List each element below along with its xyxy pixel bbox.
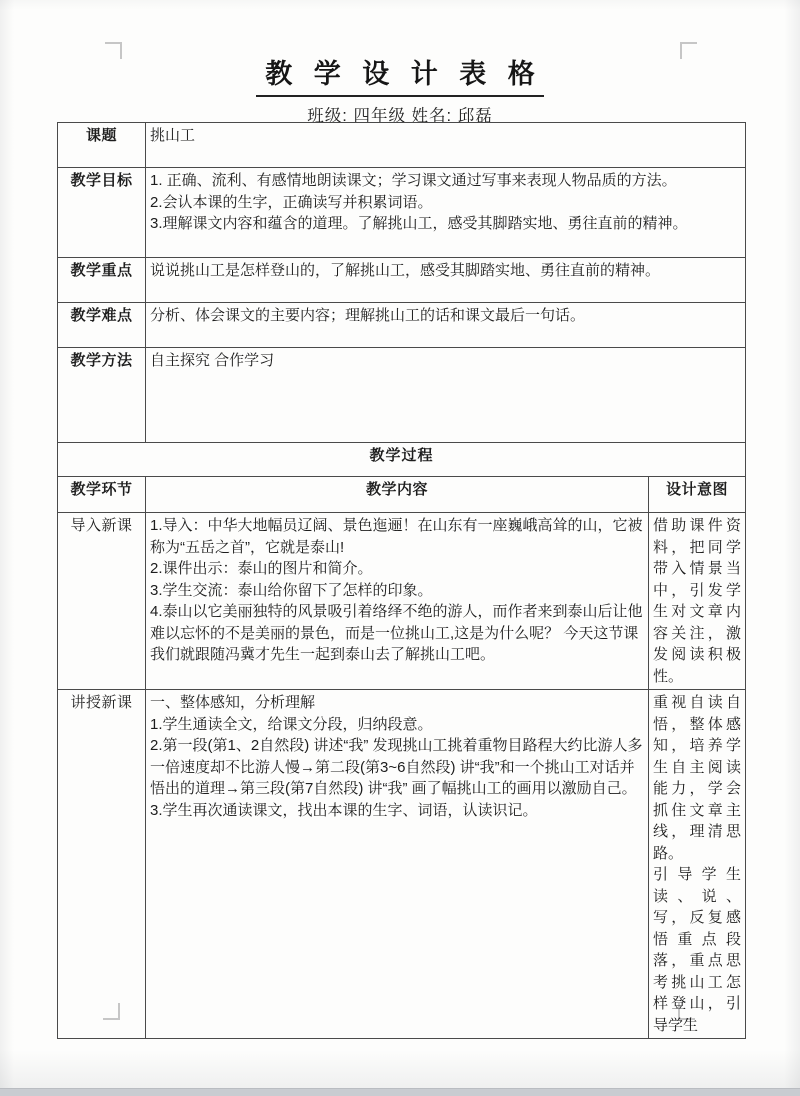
table-row-column-headers: 教学环节 教学内容 设计意图 bbox=[58, 477, 746, 513]
table-row-difficulties: 教学难点 分析、体会课文的主要内容；理解挑山工的话和课文最后一句话。 bbox=[58, 303, 746, 348]
intro-content: 1.导入：中华大地幅员辽阔、景色迤逦！在山东有一座巍峨高耸的山，它被称为“五岳之… bbox=[146, 513, 649, 690]
table-row-key-points: 教学重点 说说挑山工是怎样登山的，了解挑山工，感受其脚踏实地、勇往直前的精神。 bbox=[58, 258, 746, 303]
key-points-value: 说说挑山工是怎样登山的，了解挑山工，感受其脚踏实地、勇往直前的精神。 bbox=[146, 258, 746, 303]
objectives-label: 教学目标 bbox=[58, 168, 146, 258]
teach-stage-label: 讲授新课 bbox=[58, 690, 146, 1039]
column-header-intent: 设计意图 bbox=[649, 477, 746, 513]
methods-value: 自主探究 合作学习 bbox=[146, 348, 746, 443]
intro-stage-label: 导入新课 bbox=[58, 513, 146, 690]
key-points-label: 教学重点 bbox=[58, 258, 146, 303]
lesson-plan-table: 课题 挑山工 教学目标 1. 正确、流利、有感情地朗读课文；学习课文通过写事来表… bbox=[57, 122, 746, 1039]
table-row-objectives: 教学目标 1. 正确、流利、有感情地朗读课文；学习课文通过写事来表现人物品质的方… bbox=[58, 168, 746, 258]
column-header-content: 教学内容 bbox=[146, 477, 649, 513]
table-row-methods: 教学方法 自主探究 合作学习 bbox=[58, 348, 746, 443]
table-row-intro-lesson: 导入新课 1.导入：中华大地幅员辽阔、景色迤逦！在山东有一座巍峨高耸的山，它被称… bbox=[58, 513, 746, 690]
page-title-text: 教 学 设 计 表 格 bbox=[256, 52, 544, 97]
difficulties-label: 教学难点 bbox=[58, 303, 146, 348]
methods-label: 教学方法 bbox=[58, 348, 146, 443]
page-title: 教 学 设 计 表 格 bbox=[0, 52, 800, 97]
topic-label: 课题 bbox=[58, 123, 146, 168]
table-row-teach-lesson: 讲授新课 一、整体感知，分析理解 1.学生通读全文，给课文分段，归纳段意。 2.… bbox=[58, 690, 746, 1039]
table-row-topic: 课题 挑山工 bbox=[58, 123, 746, 168]
objectives-value: 1. 正确、流利、有感情地朗读课文；学习课文通过写事来表现人物品质的方法。 2.… bbox=[146, 168, 746, 258]
process-section-title: 教学过程 bbox=[58, 443, 746, 477]
document-page: 教 学 设 计 表 格 班级: 四年级 姓名: 邱磊 课题 挑山工 教学目标 1… bbox=[0, 0, 800, 1096]
table-row-process-header: 教学过程 bbox=[58, 443, 746, 477]
teach-content: 一、整体感知，分析理解 1.学生通读全文，给课文分段，归纳段意。 2.第一段(第… bbox=[146, 690, 649, 1039]
topic-value: 挑山工 bbox=[146, 123, 746, 168]
column-header-stage: 教学环节 bbox=[58, 477, 146, 513]
page-edge-shadow bbox=[0, 1088, 800, 1096]
teach-design-intent: 重视自读自悟，整体感知，培养学生自主阅读能力，学会抓住文章主线，理清思路。 引导… bbox=[649, 690, 746, 1039]
difficulties-value: 分析、体会课文的主要内容；理解挑山工的话和课文最后一句话。 bbox=[146, 303, 746, 348]
intro-design-intent: 借助课件资料，把同学带入情景当中，引发学生对文章内容关注，激发阅读积极性。 bbox=[649, 513, 746, 690]
